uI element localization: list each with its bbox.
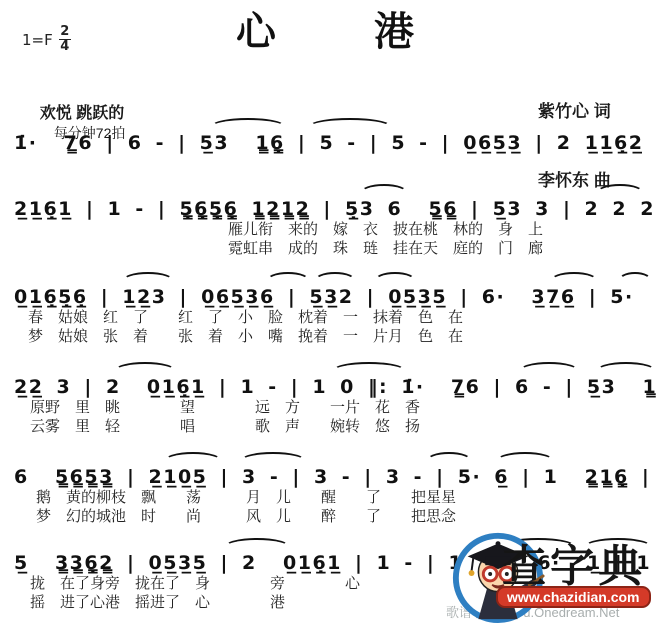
time-signature-denominator: 4	[60, 41, 69, 53]
lyrics-verse-2: 云雾 里 轻 唱 歌 声 婉转 悠 扬	[14, 417, 650, 436]
watermark-brand-text: 查字典	[502, 530, 646, 594]
notation-line-4: 2̲2̲ 3 | 2 0̲1̲6̣̲1̲ | 1 - | 1 0 ‖: 1̇· …	[14, 376, 650, 398]
lyrics-verse-2: 霓虹串 成的 珠 琏 挂在天 庭的 门 廊	[14, 239, 650, 258]
notation-system-1: 1̇· 7̳6 | 6 - | 5̲3 1̳6̣̳ | 5 - | 5 - | …	[14, 118, 650, 154]
time-signature-numerator: 2	[60, 26, 69, 38]
chazidian-watermark: 歌谱收藏站 Pu.Onedream.Net 查字典 www.chazidian.…	[438, 514, 656, 624]
notation-line-3: 0̲1̲6̣̲5̣̲6̣̲ | 1̲2̲3 | 0̲6̲5̲3̲6̲ | 5̲3…	[14, 286, 650, 308]
watermark-url-banner: www.chazidian.com	[496, 586, 651, 608]
lyrics-verse-1: 原野 里 眺 望 远 方 一片 花 香	[14, 398, 650, 417]
notation-system-4: 2̲2̲ 3 | 2 0̲1̲6̣̲1̲ | 1 - | 1 0 ‖: 1̇· …	[14, 362, 650, 436]
key-time-signature: 1=F 2 4	[22, 26, 71, 53]
notation-line-5: 6 5̳6̳5̳3̳ | 2̲1̲0̲5̲ | 3 - | 3 - | 3 - …	[14, 466, 650, 488]
lyrics-verse-1: 春 姑娘 红 了 红 了 小 脸 枕着 一 抹着 色 在	[14, 308, 650, 327]
notation-line-2: 2̲1̲6̣̲1̲ | 1 - | 5̣̳6̣̳5̣̳6̣̳ 1̳2̳1̳2̳ …	[14, 198, 650, 220]
lyrics-verse-1: 雁儿衔 来的 嫁 衣 披在桃 林的 身 上	[14, 220, 650, 239]
key-signature: 1=F	[22, 31, 53, 49]
notation-line-1: 1̇· 7̳6 | 6 - | 5̲3 1̳6̣̳ | 5 - | 5 - | …	[14, 132, 650, 154]
song-title: 心 港	[236, 0, 420, 57]
sheet-music-page: 1=F 2 4 心 港 紫竹心 词 李怀东 曲 欢悦 跳跃的 每分钟72拍 1̇…	[0, 0, 656, 624]
lyrics-verse-2: 梦 姑娘 张 着 张 着 小 嘴 挽着 一 片月 色 在	[14, 327, 650, 346]
time-signature: 2 4	[59, 26, 71, 53]
notation-system-2: 2̲1̲6̣̲1̲ | 1 - | 5̣̳6̣̳5̣̳6̣̳ 1̳2̳1̳2̳ …	[14, 184, 650, 258]
lyrics-verse-1: 鹅 黄的柳枝 飘 荡 月 儿 醒 了 把星星	[14, 488, 650, 507]
notation-system-3: 0̲1̲6̣̲5̣̲6̣̲ | 1̲2̲3 | 0̲6̲5̲3̲6̲ | 5̲3…	[14, 272, 650, 346]
